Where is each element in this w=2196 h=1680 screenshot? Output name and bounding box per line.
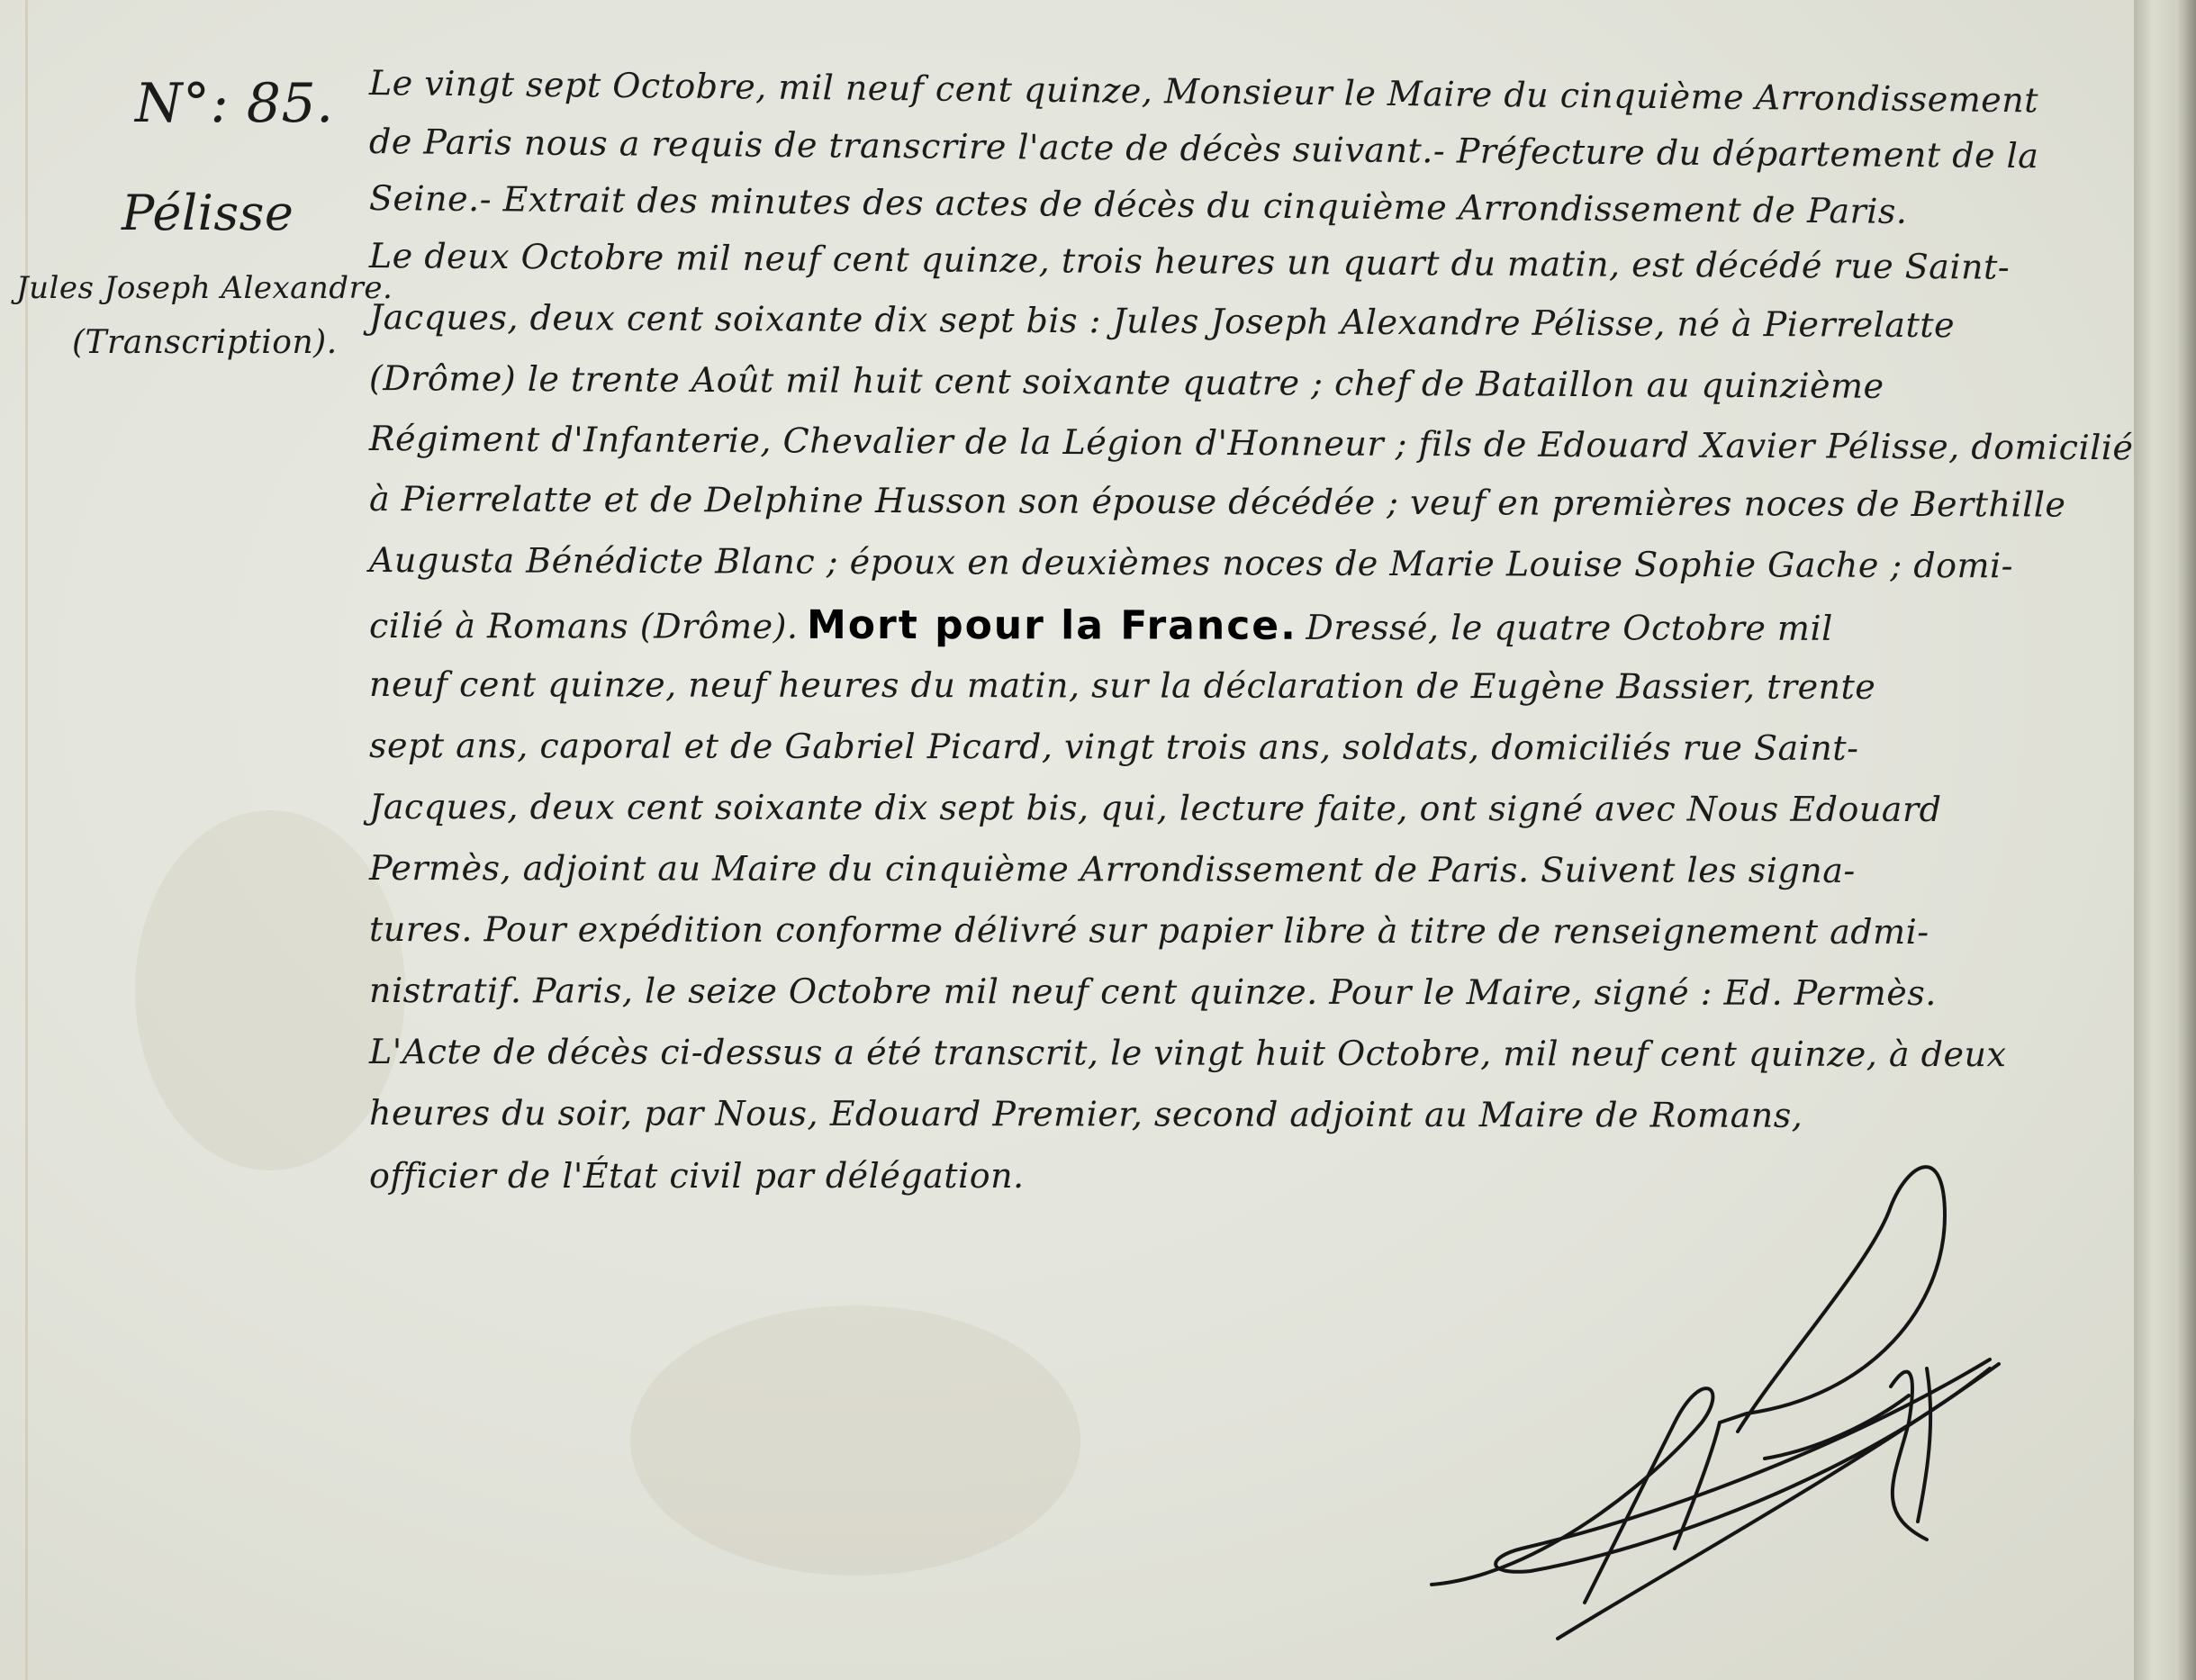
body-line: Seine.- Extrait des minutes des actes de… xyxy=(369,178,1908,231)
register-page: N°: 85. Pélisse Jules Joseph Alexandre. … xyxy=(0,0,2134,1680)
body-line: sept ans, caporal et de Gabriel Picard, … xyxy=(369,726,1859,768)
body-line: Le deux Octobre mil neuf cent quinze, tr… xyxy=(369,236,2010,287)
deceased-surname: Pélisse xyxy=(122,185,294,241)
mort-pour-la-france-stamp: Mort pour la France. xyxy=(807,602,1297,649)
body-line: Le vingt sept Octobre, mil neuf cent qui… xyxy=(369,63,2038,120)
body-line: Jacques, deux cent soixante dix sept bis… xyxy=(369,297,1955,345)
body-line: Jacques, deux cent soixante dix sept bis… xyxy=(369,787,1942,829)
body-line: à Pierrelatte et de Delphine Husson son … xyxy=(369,479,2066,525)
body-line: officier de l'État civil par délégation. xyxy=(369,1156,1025,1196)
body-line: tures. Pour expédition conforme délivré … xyxy=(369,909,1929,952)
body-line: Permès, adjoint au Maire du cinquième Ar… xyxy=(369,848,1856,890)
body-line: Augusta Bénédicte Blanc ; époux en deuxi… xyxy=(369,540,2013,585)
body-line: Dressé, le quatre Octobre mil xyxy=(1306,608,1833,648)
body-line: cilié à Romans (Drôme). xyxy=(369,606,799,646)
transcription-note: (Transcription). xyxy=(72,324,338,361)
body-line: L'Acte de décès ci-dessus a été transcri… xyxy=(369,1032,2006,1074)
entry-number: N°: 85. xyxy=(135,72,334,135)
deceased-given-names: Jules Joseph Alexandre. xyxy=(16,270,393,306)
official-signature-icon xyxy=(1405,1152,2134,1675)
body-line: nistratif. Paris, le seize Octobre mil n… xyxy=(369,971,1937,1013)
paper-stain xyxy=(135,810,405,1170)
body-line: neuf cent quinze, neuf heures du matin, … xyxy=(369,664,1875,707)
body-line: (Drôme) le trente Août mil huit cent soi… xyxy=(369,358,1884,406)
body-line-with-stamp: cilié à Romans (Drôme). Mort pour la Fra… xyxy=(369,601,1833,650)
paper-stain xyxy=(630,1305,1080,1576)
adjacent-page-edge xyxy=(2134,0,2196,1680)
body-line: de Paris nous a requis de transcrire l'a… xyxy=(369,122,2039,176)
body-line: heures du soir, par Nous, Edouard Premie… xyxy=(369,1093,1803,1135)
margin-column: N°: 85. Pélisse Jules Joseph Alexandre. … xyxy=(0,0,369,540)
body-line: Régiment d'Infanterie, Chevalier de la L… xyxy=(369,419,2134,467)
